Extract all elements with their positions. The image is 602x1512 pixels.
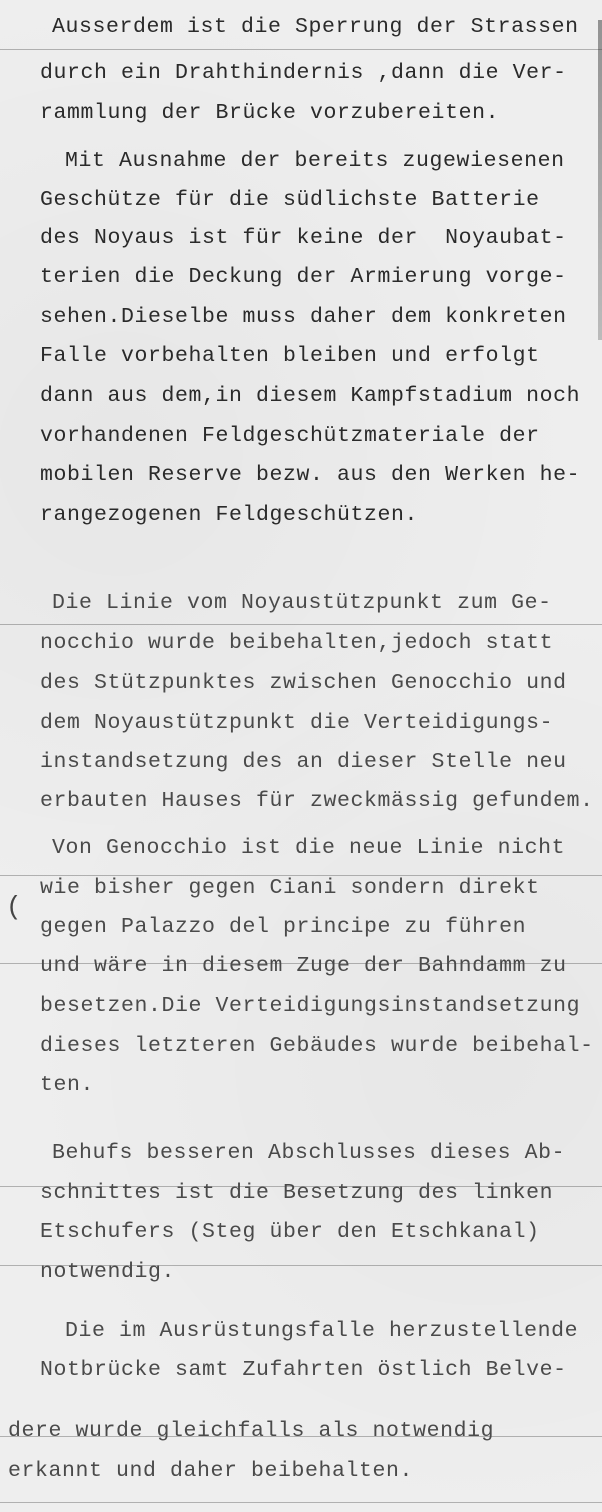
text-line: instandsetzung des an dieser Stelle neu bbox=[40, 749, 567, 775]
text-line: Von Genocchio ist die neue Linie nicht bbox=[52, 835, 565, 861]
text-line: dere wurde gleichfalls als notwendig bbox=[8, 1418, 494, 1444]
text-line: Ausserdem ist die Sperrung der Strassen bbox=[52, 14, 579, 40]
text-line: mobilen Reserve bezw. aus den Werken he- bbox=[40, 462, 580, 488]
ruled-line bbox=[0, 1502, 602, 1503]
text-line: Behufs besseren Abschlusses dieses Ab- bbox=[52, 1140, 565, 1166]
text-line: erbauten Hauses für zweckmässig gefundem… bbox=[40, 788, 594, 814]
ruled-line bbox=[0, 49, 602, 50]
text-line: dann aus dem,in diesem Kampfstadium noch bbox=[40, 383, 580, 409]
text-line: terien die Deckung der Armierung vorge- bbox=[40, 264, 567, 290]
text-line: rangezogenen Feldgeschützen. bbox=[40, 502, 418, 528]
text-line: wie bisher gegen Ciani sondern direkt bbox=[40, 875, 540, 901]
text-line: vorhandenen Feldgeschützmateriale der bbox=[40, 423, 540, 449]
text-line: durch ein Drahthindernis ,dann die Ver- bbox=[40, 60, 567, 86]
text-line: Die im Ausrüstungsfalle herzustellende bbox=[65, 1318, 578, 1344]
text-line: nocchio wurde beibehalten,jedoch statt bbox=[40, 630, 553, 656]
text-line: dem Noyaustützpunkt die Verteidigungs- bbox=[40, 710, 553, 736]
text-line: sehen.Dieselbe muss daher dem konkreten bbox=[40, 304, 567, 330]
text-line: des Stützpunktes zwischen Genocchio und bbox=[40, 670, 567, 696]
text-line: des Noyaus ist für keine der Noyaubat- bbox=[40, 225, 567, 251]
page-edge-shadow bbox=[598, 20, 602, 340]
text-line: schnittes ist die Besetzung des linken bbox=[40, 1180, 553, 1206]
text-line: und wäre in diesem Zuge der Bahndamm zu bbox=[40, 953, 567, 979]
text-line: Falle vorbehalten bleiben und erfolgt bbox=[40, 343, 540, 369]
text-line: Die Linie vom Noyaustützpunkt zum Ge- bbox=[52, 590, 552, 616]
ruled-line bbox=[0, 624, 602, 625]
margin-bracket-mark: ( bbox=[6, 892, 22, 922]
text-line: erkannt und daher beibehalten. bbox=[8, 1458, 413, 1484]
typewritten-page: ( Ausserdem ist die Sperrung der Strasse… bbox=[0, 0, 602, 1512]
text-line: ten. bbox=[40, 1072, 94, 1098]
text-line: gegen Palazzo del principe zu führen bbox=[40, 914, 526, 940]
text-line: Etschufers (Steg über den Etschkanal) bbox=[40, 1219, 540, 1245]
text-line: Notbrücke samt Zufahrten östlich Belve- bbox=[40, 1357, 567, 1383]
text-line: notwendig. bbox=[40, 1259, 175, 1285]
text-line: Mit Ausnahme der bereits zugewiesenen bbox=[65, 148, 565, 174]
text-line: dieses letzteren Gebäudes wurde beibehal… bbox=[40, 1033, 594, 1059]
text-line: Geschütze für die südlichste Batterie bbox=[40, 187, 540, 213]
text-line: besetzen.Die Verteidigungsinstandsetzung bbox=[40, 993, 580, 1019]
text-line: rammlung der Brücke vorzubereiten. bbox=[40, 100, 499, 126]
